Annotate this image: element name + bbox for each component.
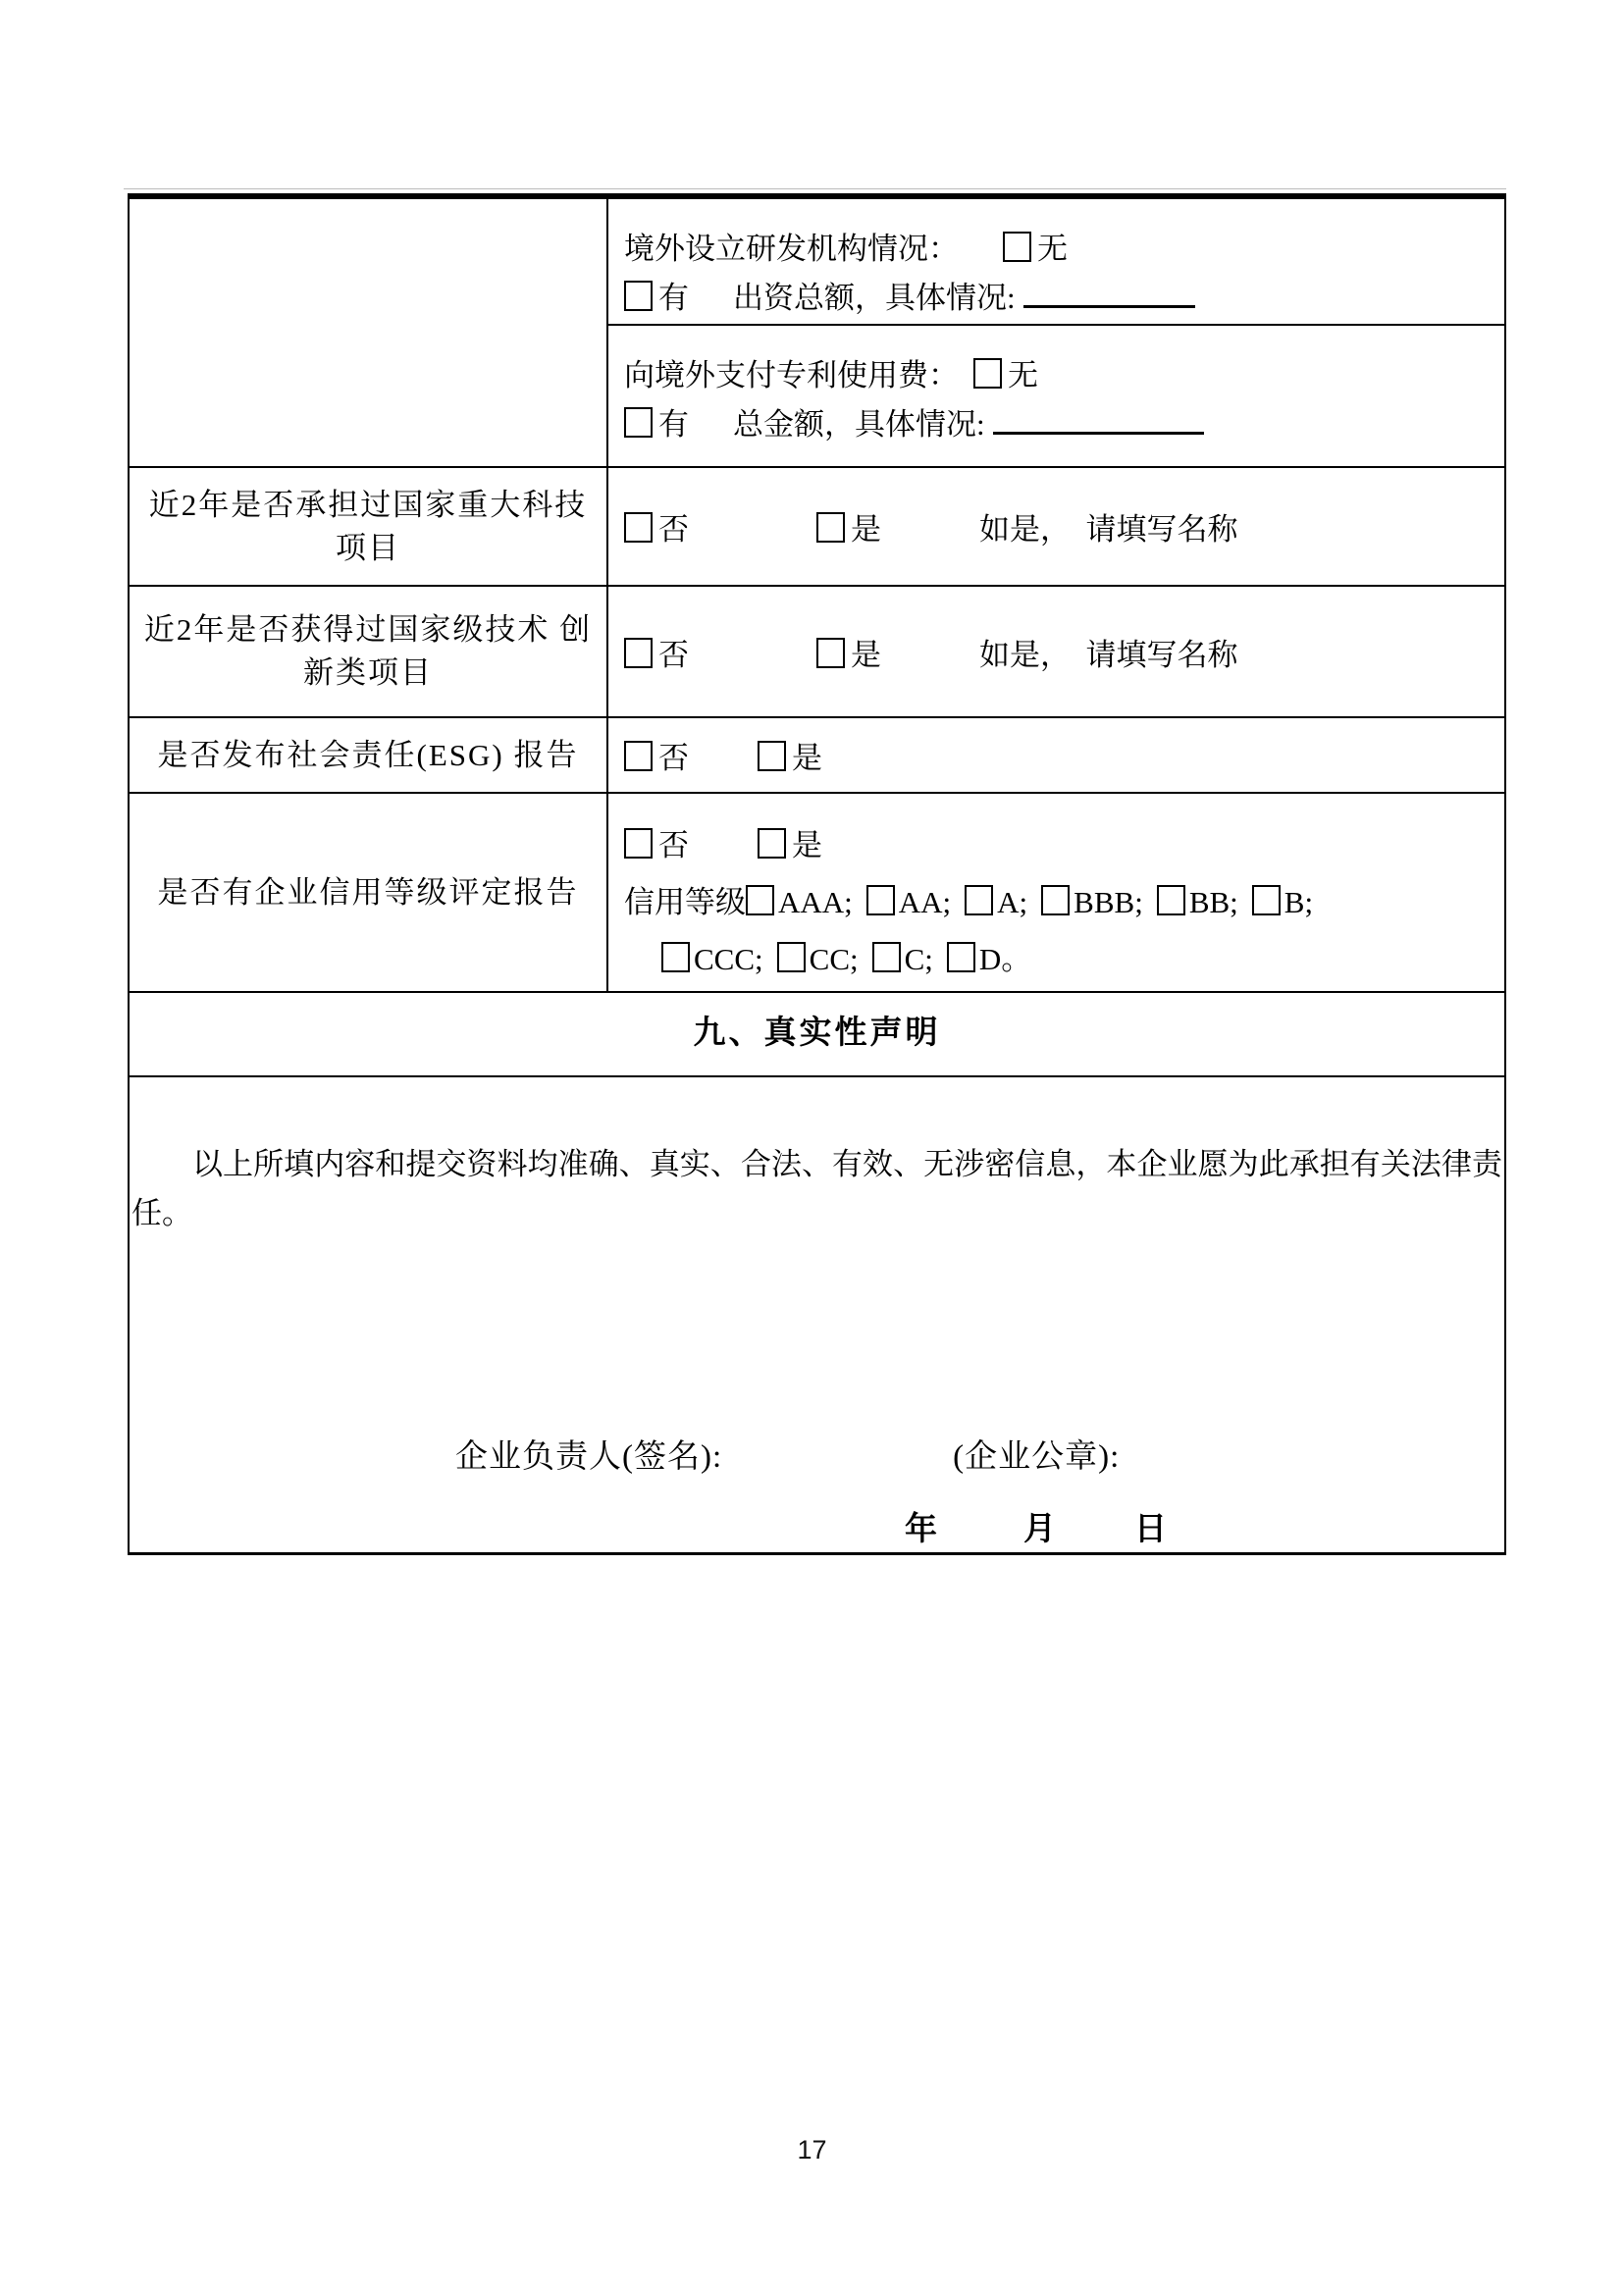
esg-yes-label: 是 — [792, 741, 822, 775]
spacer — [722, 1466, 953, 1467]
overseas-rd-subcell: 境外设立研发机构情况：无 有出资总额，具体情况: — [608, 199, 1504, 326]
spacer — [689, 855, 758, 856]
overseas-answer-cell: 境外设立研发机构情况：无 有出资总额，具体情况: 向境外支付专利使用费：无 有总… — [608, 199, 1504, 466]
overseas-rd-question: 境外设立研发机构情况： — [624, 232, 959, 266]
page-number: 17 — [0, 2135, 1624, 2165]
overseas-patent-has-label: 有 — [658, 407, 689, 442]
grade-d-label: D。 — [979, 942, 1031, 976]
credit-grade-prefix: 信用等级 — [624, 885, 746, 919]
overseas-rd-amount-blank[interactable] — [1023, 276, 1195, 308]
major-project-label: 近2年是否承担过国家重大科技 项目 — [130, 484, 606, 570]
esg-label-cell: 是否发布社会责任(ESG) 报告 — [130, 718, 608, 792]
credit-answer-cell: 否是 信用等级AAA;AA;A;BBB;BB;B; CCC;CC;C;D。 — [608, 794, 1504, 991]
spacer — [881, 539, 979, 540]
spacer — [959, 258, 1003, 259]
innovation-if-yes-note: 如是， 请填写名称 — [979, 638, 1238, 672]
major-project-answer-cell: 否是如是， 请填写名称 — [608, 468, 1504, 585]
row-credit-rating: 是否有企业信用等级评定报告 否是 信用等级AAA;AA;A;BBB;BB;B; … — [130, 794, 1504, 993]
checkbox-grade-b[interactable] — [1252, 885, 1281, 915]
overseas-patent-amount-blank[interactable] — [993, 402, 1204, 435]
spacer — [689, 767, 758, 768]
signature-line: 企业负责人(签名):(企业公章): — [131, 1434, 1502, 1480]
overseas-rd-none-label: 无 — [1037, 232, 1068, 266]
checkbox-credit-yes[interactable] — [758, 828, 786, 859]
checkbox-grade-bbb[interactable] — [1041, 885, 1070, 915]
checkbox-overseas-patent-none[interactable] — [973, 358, 1002, 389]
checkbox-overseas-rd-none[interactable] — [1003, 232, 1031, 262]
esg-label: 是否发布社会责任(ESG) 报告 — [130, 734, 606, 777]
checkbox-grade-cc[interactable] — [777, 942, 806, 972]
checkbox-innovation-no[interactable] — [624, 638, 653, 668]
checkbox-grade-bb[interactable] — [1157, 885, 1185, 915]
major-project-no-label: 否 — [658, 512, 689, 547]
credit-yes-label: 是 — [792, 828, 822, 862]
grade-bb-label: BB; — [1189, 885, 1238, 919]
major-project-label-cell: 近2年是否承担过国家重大科技 项目 — [130, 468, 608, 585]
checkbox-esg-no[interactable] — [624, 741, 653, 771]
row-declaration: 以上所填内容和提交资料均准确、真实、合法、有效、无涉密信息，本企业愿为此承担有关… — [130, 1077, 1504, 1552]
checkbox-innovation-yes[interactable] — [816, 638, 845, 668]
date-day-label: 日 — [1134, 1512, 1167, 1547]
section-title: 九、真实性声明 — [130, 993, 1504, 1075]
credit-grades-line2: CCC;CC;C;D。 — [624, 931, 1504, 988]
checkbox-overseas-patent-has[interactable] — [624, 407, 653, 438]
overseas-rd-has-label: 有 — [658, 281, 689, 315]
document-page: { "page": { "number": "17" }, "form": { … — [0, 0, 1624, 2295]
row-overseas: 境外设立研发机构情况：无 有出资总额，具体情况: 向境外支付专利使用费：无 有总… — [130, 199, 1504, 468]
checkbox-major-project-yes[interactable] — [816, 512, 845, 543]
major-project-if-yes-note: 如是， 请填写名称 — [979, 512, 1238, 547]
innovation-yes-label: 是 — [851, 638, 881, 672]
checkbox-overseas-rd-has[interactable] — [624, 281, 653, 311]
declaration-cell: 以上所填内容和提交资料均准确、真实、合法、有效、无涉密信息，本企业愿为此承担有关… — [130, 1077, 1504, 1552]
overseas-patent-question: 向境外支付专利使用费： — [624, 358, 959, 392]
overseas-patent-detail-label: 总金额，具体情况: — [733, 407, 985, 442]
grade-c-label: C; — [905, 942, 933, 976]
signer-label: 企业负责人(签名): — [455, 1439, 722, 1475]
credit-label: 是否有企业信用等级评定报告 — [130, 871, 606, 914]
grade-a-label: A; — [997, 885, 1027, 919]
date-month-label: 月 — [1023, 1512, 1056, 1547]
spacer — [937, 1539, 1023, 1539]
spacer — [689, 434, 733, 435]
date-year-label: 年 — [905, 1512, 937, 1547]
row-major-project: 近2年是否承担过国家重大科技 项目 否是如是， 请填写名称 — [130, 468, 1504, 587]
esg-no-label: 否 — [658, 741, 689, 775]
grade-bbb-label: BBB; — [1074, 885, 1143, 919]
spacer — [689, 307, 733, 308]
spacer — [959, 385, 973, 386]
application-form-table: 境外设立研发机构情况：无 有出资总额，具体情况: 向境外支付专利使用费：无 有总… — [128, 193, 1506, 1555]
credit-grades-line1: 信用等级AAA;AA;A;BBB;BB;B; — [624, 874, 1504, 931]
checkbox-grade-ccc[interactable] — [661, 942, 690, 972]
checkbox-grade-d[interactable] — [947, 942, 975, 972]
innovation-answer-cell: 否是如是， 请填写名称 — [608, 587, 1504, 716]
declaration-body: 以上所填内容和提交资料均准确、真实、合法、有效、无涉密信息，本企业愿为此承担有关… — [131, 1140, 1502, 1238]
credit-label-cell: 是否有企业信用等级评定报告 — [130, 794, 608, 991]
grade-ccc-label: CCC; — [694, 942, 763, 976]
checkbox-grade-a[interactable] — [965, 885, 993, 915]
date-line: 年月日 — [131, 1507, 1502, 1552]
row-innovation-project: 近2年是否获得过国家级技术 创 新类项目 否是如是， 请填写名称 — [130, 587, 1504, 718]
overseas-empty-label-cell — [130, 199, 608, 466]
grade-cc-label: CC; — [810, 942, 859, 976]
esg-answer-cell: 否是 — [608, 718, 1504, 792]
overseas-rd-detail-label: 出资总额，具体情况: — [733, 281, 1016, 315]
credit-yesno-line: 否是 — [624, 817, 1504, 874]
checkbox-major-project-no[interactable] — [624, 512, 653, 543]
spacer — [881, 664, 979, 665]
major-project-yes-label: 是 — [851, 512, 881, 547]
checkbox-grade-aaa[interactable] — [746, 885, 774, 915]
innovation-label-cell: 近2年是否获得过国家级技术 创 新类项目 — [130, 587, 608, 716]
checkbox-grade-aa[interactable] — [866, 885, 895, 915]
checkbox-grade-c[interactable] — [872, 942, 901, 972]
seal-label: (企业公章): — [953, 1439, 1120, 1475]
spacer — [689, 539, 816, 540]
overseas-patent-none-label: 无 — [1008, 358, 1038, 392]
checkbox-credit-no[interactable] — [624, 828, 653, 859]
spacer — [689, 664, 816, 665]
row-section-header: 九、真实性声明 — [130, 993, 1504, 1077]
spacer — [1056, 1539, 1134, 1539]
grade-aa-label: AA; — [899, 885, 951, 919]
grade-aaa-label: AAA; — [778, 885, 853, 919]
credit-no-label: 否 — [658, 828, 689, 862]
innovation-label: 近2年是否获得过国家级技术 创 新类项目 — [130, 608, 606, 695]
innovation-no-label: 否 — [658, 638, 689, 672]
grade-b-label: B; — [1284, 885, 1313, 919]
row-esg: 是否发布社会责任(ESG) 报告 否是 — [130, 718, 1504, 794]
table-top-hairline — [124, 188, 1506, 189]
checkbox-esg-yes[interactable] — [758, 741, 786, 771]
overseas-patent-subcell: 向境外支付专利使用费：无 有总金额，具体情况: — [608, 326, 1504, 466]
